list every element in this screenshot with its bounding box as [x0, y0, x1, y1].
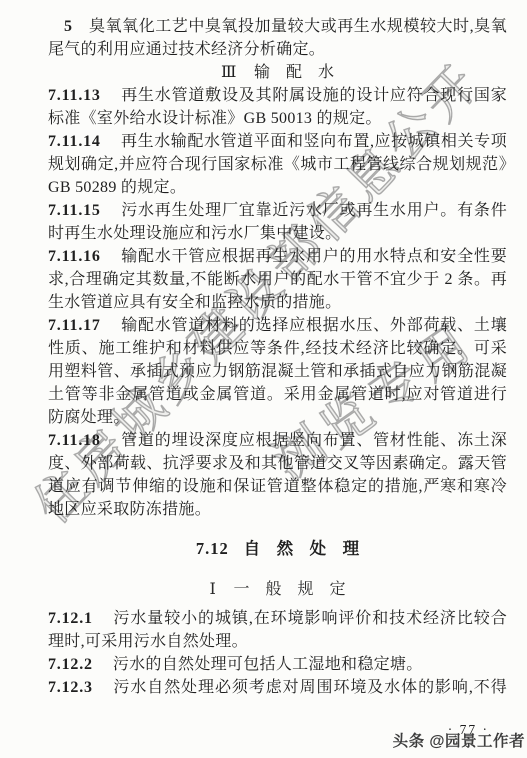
- document-body: 5臭氧氧化工艺中臭氧投加量较大或再生水规模较大时,臭氧尾气的利用应通过技术经济分…: [0, 0, 527, 699]
- clause-text: 输配水管道材料的选择应根据水压、外部荷载、土壤性质、施工维护和材料供应等条件,经…: [48, 317, 507, 426]
- clause-number: 7.11.15: [48, 202, 101, 219]
- clause-number: 7.11.18: [48, 432, 101, 449]
- scanned-document-page: 住房城乡建设部信息公开 浏览专用 5臭氧氧化工艺中臭氧投加量较大或再生水规模较大…: [0, 0, 527, 758]
- clause-text: 污水的自然处理可包括人工湿地和稳定塘。: [113, 656, 423, 673]
- clause-text: 污水再生处理厂宜靠近污水厂或再生水用户。有条件时再生水处理设施应和污水厂集中建设…: [48, 202, 507, 242]
- clause-text: 污水量较小的城镇,在环境影响评价和技术经济比较合理时,可采用污水自然处理。: [48, 610, 507, 650]
- subsection-numeral: Ⅲ: [221, 64, 236, 81]
- clause-number: 7.11.17: [48, 317, 101, 334]
- subsection-heading-iii: Ⅲ输 配 水: [48, 61, 507, 84]
- clause-7-11-15: 7.11.15污水再生处理厂宜靠近污水厂或再生水用户。有条件时再生水处理设施应和…: [48, 199, 507, 245]
- subsection-numeral: Ⅰ: [210, 581, 216, 598]
- clause-text: 再生水管道敷设及其附属设施的设计应符合现行国家标准《室外给水设计标准》GB 50…: [48, 87, 507, 127]
- clause-7-12-3: 7.12.3污水自然处理必须考虑对周围环境及水体的影响,不得: [48, 676, 507, 699]
- clause-number: 7.12.3: [48, 679, 93, 696]
- paragraph-item-5: 5臭氧氧化工艺中臭氧投加量较大或再生水规模较大时,臭氧尾气的利用应通过技术经济分…: [48, 15, 507, 61]
- clause-text: 再生水输配水管道平面和竖向布置,应按城镇相关专项规划确定,并应符合现行国家标准《…: [48, 133, 507, 196]
- bottom-watermark-credit: 头条 @园景工作者: [393, 729, 525, 751]
- clause-7-12-2: 7.12.2污水的自然处理可包括人工湿地和稳定塘。: [48, 653, 507, 676]
- clause-7-11-16: 7.11.16输配水干管应根据再生水用户的用水特点和安全性要求,合理确定其数量,…: [48, 245, 507, 314]
- clause-text: 输配水干管应根据再生水用户的用水特点和安全性要求,合理确定其数量,不能断水用户的…: [48, 248, 507, 311]
- subsection-title: 一 般 规 定: [233, 581, 345, 598]
- clause-number: 7.11.14: [48, 133, 101, 150]
- subsection-heading-i: Ⅰ一 般 规 定: [48, 578, 507, 601]
- item-number: 5: [64, 18, 73, 35]
- clause-text: 污水自然处理必须考虑对周围环境及水体的影响,不得: [113, 679, 507, 696]
- clause-7-11-13: 7.11.13再生水管道敷设及其附属设施的设计应符合现行国家标准《室外给水设计标…: [48, 84, 507, 130]
- item-text: 臭氧氧化工艺中臭氧投加量较大或再生水规模较大时,臭氧尾气的利用应通过技术经济分析…: [48, 18, 507, 58]
- subsection-title: 输 配 水: [254, 64, 334, 81]
- section-heading-7-12: 7.12自 然 处 理: [48, 537, 507, 560]
- clause-7-11-18: 7.11.18管道的埋设深度应根据竖向布置、管材性能、冻土深度、外部荷载、抗浮要…: [48, 429, 507, 521]
- clause-number: 7.11.16: [48, 248, 101, 265]
- section-title: 自 然 处 理: [244, 539, 360, 558]
- clause-7-11-17: 7.11.17输配水管道材料的选择应根据水压、外部荷载、土壤性质、施工维护和材料…: [48, 314, 507, 429]
- clause-7-11-14: 7.11.14再生水输配水管道平面和竖向布置,应按城镇相关专项规划确定,并应符合…: [48, 130, 507, 199]
- clause-text: 管道的埋设深度应根据竖向布置、管材性能、冻土深度、外部荷载、抗浮要求及和其他管道…: [48, 432, 507, 518]
- clause-number: 7.12.2: [48, 656, 93, 673]
- clause-7-12-1: 7.12.1污水量较小的城镇,在环境影响评价和技术经济比较合理时,可采用污水自然…: [48, 607, 507, 653]
- clause-number: 7.12.1: [48, 610, 93, 627]
- section-number: 7.12: [196, 539, 229, 558]
- clause-number: 7.11.13: [48, 87, 101, 104]
